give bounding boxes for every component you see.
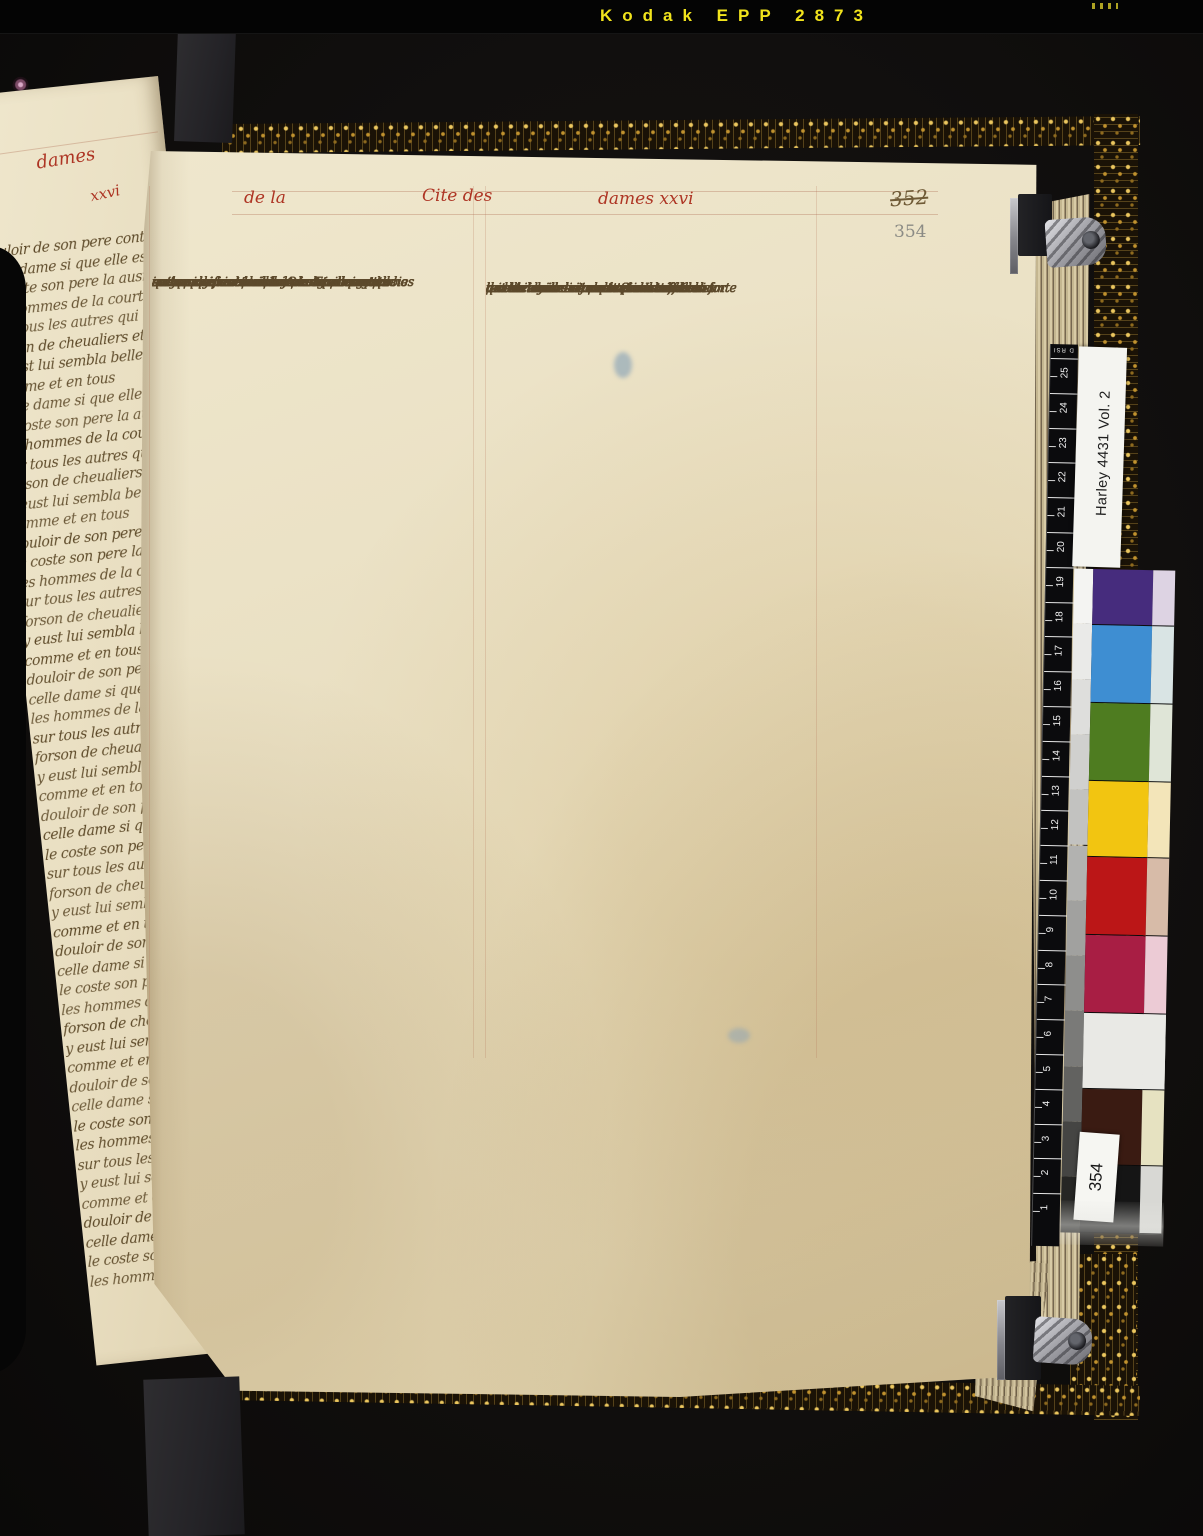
ruler-cm-cell: 6	[1036, 1019, 1065, 1054]
ruler-number: 12	[1050, 819, 1061, 830]
ruler-cm-cell: 20	[1046, 532, 1075, 567]
ruler-half-tick	[1042, 794, 1049, 795]
ruler-half-tick	[1037, 1002, 1044, 1003]
film-header-bar: Kodak EPP 2873	[0, 0, 1203, 34]
ruler-cm-cell: 19	[1046, 567, 1075, 602]
ruler-half-tick	[1034, 1141, 1041, 1142]
clamp-screw	[1081, 230, 1100, 249]
ruler-number: 24	[1059, 402, 1070, 413]
ruler-half-tick	[1044, 654, 1051, 655]
film-header-text: Kodak EPP 2873	[600, 6, 873, 26]
ruler-number: 14	[1051, 750, 1062, 761]
grayscale-step	[1064, 1011, 1084, 1067]
book-strap-top	[174, 29, 236, 143]
ruler-half-tick	[1050, 376, 1057, 377]
ruler-half-tick	[1047, 550, 1054, 551]
color-tint-green	[1149, 704, 1173, 782]
ruler-half-tick	[1038, 967, 1045, 968]
color-tint-magenta	[1144, 936, 1168, 1014]
ruler-cm-cell: 3	[1034, 1123, 1063, 1158]
ruler-number: 15	[1052, 715, 1063, 726]
ink-smudge	[728, 1028, 750, 1043]
color-patch-cyan-blue	[1090, 625, 1152, 704]
ruler-half-tick	[1046, 585, 1053, 586]
ruler-cm-cell: 8	[1038, 949, 1067, 984]
ruler-half-tick	[1050, 411, 1057, 412]
grayscale-step	[1069, 790, 1089, 846]
ruling-line	[473, 186, 474, 1058]
ruler-half-tick	[1035, 1107, 1042, 1108]
ruler-top-text: D RSI	[1053, 346, 1074, 352]
cover-corner	[0, 246, 26, 1374]
ruler-half-tick	[1039, 898, 1046, 899]
color-tint-yellow	[1147, 782, 1171, 858]
ruling-line	[232, 191, 938, 192]
ruler-cm-cell: 25	[1050, 358, 1079, 393]
ruler-number: 8	[1044, 961, 1055, 967]
ruler-cm-cell: 13	[1041, 776, 1070, 811]
manuscript-photograph: Kodak EPP 2873 dames xxvi douloir de son…	[0, 0, 1203, 1536]
ruler-cm-cell: 12	[1041, 810, 1070, 845]
ruling-line	[816, 186, 817, 1058]
ruler-number: 25	[1059, 367, 1070, 378]
clamp-arm	[1032, 1316, 1093, 1366]
ruler-number: 20	[1056, 541, 1067, 552]
recto-page: de la Cite des dames xxvi 352 354 saches…	[140, 146, 1040, 1402]
clamp-arm	[1044, 216, 1107, 268]
ruler-half-tick	[1043, 724, 1050, 725]
ruler-number: 19	[1055, 576, 1066, 587]
ruler-cm-cell: 10	[1039, 880, 1068, 915]
ruler-half-tick	[1041, 828, 1048, 829]
plastic-sleeve-glare	[1059, 1200, 1164, 1246]
ruler-cm-cell: 15	[1043, 706, 1072, 741]
ruler-number: 1	[1039, 1205, 1050, 1211]
color-calibration-strip: D RSI 2524232221201918171615141312111098…	[1031, 344, 1184, 1257]
ruling-line	[149, 186, 150, 1058]
film-edge-marks	[1092, 3, 1118, 9]
ruler-cm-cell: 4	[1035, 1089, 1064, 1124]
ruler-cm-cell: 2	[1033, 1158, 1062, 1193]
ruler-half-tick	[1034, 1176, 1041, 1177]
ruler-cm-cell: 9	[1038, 915, 1067, 950]
color-patch-blue-violet	[1092, 569, 1153, 626]
ruler-cm-cell: 5	[1035, 1054, 1064, 1089]
manuscript-text-line: qui mander mes vouloirs ie vueil que tu …	[152, 274, 415, 291]
ruler-half-tick	[1039, 933, 1046, 934]
ruler-half-tick	[1045, 620, 1052, 621]
left-running-header-number: xxvi	[88, 181, 121, 205]
color-tint-blue-violet	[1152, 570, 1175, 626]
book-strap-bottom	[143, 1376, 244, 1536]
text-column-2: de leur soulas ne voult plus souffrir bi…	[486, 280, 813, 1082]
color-tint-cyan-blue	[1150, 626, 1174, 704]
ruler-cm-cell: 23	[1049, 428, 1078, 463]
ruler-number: 17	[1054, 645, 1065, 656]
ruler-number: 18	[1054, 611, 1065, 622]
ruler-cm-cell: 22	[1048, 462, 1077, 497]
ruler-number: 9	[1045, 927, 1056, 933]
grayscale-step	[1065, 956, 1085, 1012]
ruler-cm-cell: 1	[1032, 1193, 1061, 1228]
ruler-half-tick	[1042, 759, 1049, 760]
ruler-number: 6	[1043, 1031, 1054, 1037]
ruler-number: 2	[1040, 1170, 1051, 1176]
color-patch-magenta	[1084, 935, 1146, 1014]
running-header-part2: Cite des	[422, 186, 492, 206]
manuscript-text-line: un des iours deste que Sismonde sesba	[486, 280, 715, 297]
ruler-number: 5	[1042, 1066, 1053, 1072]
ruler-half-tick	[1049, 446, 1056, 447]
ruler-cm-cell: 24	[1049, 393, 1078, 428]
ruler-number: 4	[1041, 1101, 1052, 1107]
grayscale-step	[1070, 734, 1090, 790]
ruler-cm-cell: 18	[1045, 602, 1074, 637]
folio-number-pencil: 354	[894, 222, 926, 242]
grayscale-step	[1072, 624, 1092, 680]
ruler-cm-cell: 16	[1043, 671, 1072, 706]
shelfmark-label-text: Harley 4431 Vol. 2	[1093, 363, 1115, 543]
grayscale-step	[1071, 679, 1091, 735]
ruler-half-tick	[1047, 515, 1054, 516]
ruler-number: 21	[1056, 506, 1067, 517]
ruler-number: 23	[1058, 437, 1069, 448]
ruler-cm-cell: 21	[1047, 497, 1076, 532]
grayscale-step	[1063, 1066, 1083, 1122]
grayscale-step	[1073, 569, 1093, 625]
ruler-half-tick	[1033, 1211, 1040, 1212]
folio-number-ink: 352	[889, 185, 929, 212]
ruler-number: 11	[1049, 855, 1060, 866]
clamp-screw	[1067, 1331, 1086, 1350]
color-patch-yellow	[1087, 781, 1149, 858]
clamp-edge	[1010, 198, 1018, 274]
ink-smudge	[614, 352, 632, 378]
grayscale-step	[1067, 845, 1087, 901]
ruler-number: 7	[1044, 996, 1055, 1002]
ruler-half-tick	[1036, 1037, 1043, 1038]
text-column-1: saches que ma plaisance est en un gentil…	[152, 274, 472, 1070]
gold-tooled-edge-top	[222, 116, 1140, 153]
ruler-number: 13	[1051, 785, 1062, 796]
running-header-part3: dames xxvi	[598, 189, 694, 209]
color-tint-red	[1146, 858, 1170, 936]
ruler-half-tick	[1048, 480, 1055, 481]
ruler-number: 10	[1048, 889, 1059, 900]
ruler-number: 22	[1057, 472, 1068, 483]
ruler-half-tick	[1040, 863, 1047, 864]
color-tint-three-color-brown	[1141, 1090, 1165, 1166]
ruler-number: 16	[1053, 680, 1064, 691]
ruler-half-tick	[1044, 689, 1051, 690]
running-header-part1: de la	[244, 188, 286, 208]
ruler-cm-cell: 7	[1037, 984, 1066, 1019]
shelfmark-label: Harley 4431 Vol. 2	[1072, 346, 1127, 567]
clamp-edge	[997, 1300, 1005, 1380]
ruler-half-tick	[1036, 1072, 1043, 1073]
color-patch-green	[1089, 703, 1151, 782]
color-patch-red	[1086, 857, 1148, 936]
ruler-cm-cell: 11	[1040, 845, 1069, 880]
color-tint-white	[1142, 1014, 1166, 1090]
ruler-cm-cell: 14	[1042, 741, 1071, 776]
ruler-number: 3	[1041, 1135, 1052, 1141]
grayscale-step	[1066, 900, 1086, 956]
ruler-cm-cell: 17	[1044, 636, 1073, 671]
ruling-line	[232, 214, 938, 215]
